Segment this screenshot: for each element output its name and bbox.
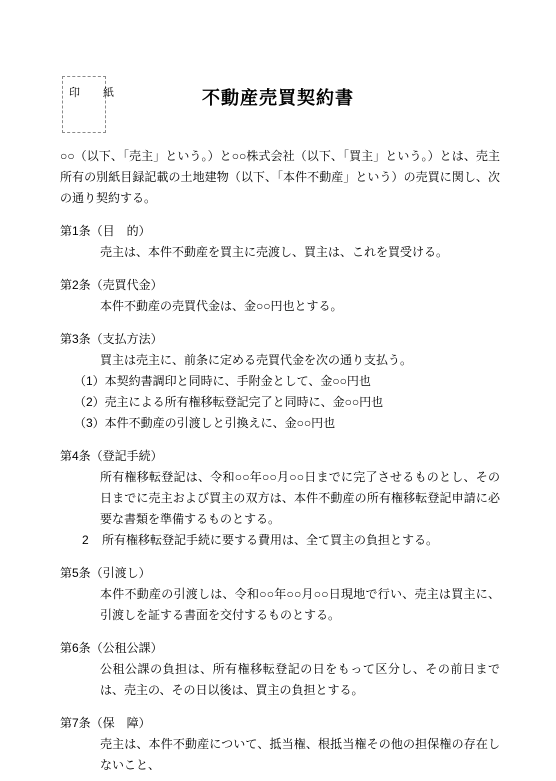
clause-number: 2 bbox=[82, 530, 102, 551]
clause-text: 所有権移転登記手続に要する費用は、全て買主の負担とする。 bbox=[102, 530, 500, 551]
article-1-heading: 第1条（目 的） bbox=[60, 221, 500, 242]
article-1: 第1条（目 的） 売主は、本件不動産を買主に売渡し、買主は、これを買受ける。 bbox=[60, 221, 500, 263]
article-1-paragraph: 売主は、本件不動産を買主に売渡し、買主は、これを買受ける。 bbox=[60, 242, 500, 263]
document-title: 不動産売買契約書 bbox=[0, 84, 556, 110]
article-3: 第3条（支払方法） 買主は売主に、前条に定める売買代金を次の通り支払う。 （1）… bbox=[60, 329, 500, 434]
article-7-heading: 第7条（保 障） bbox=[60, 713, 500, 734]
article-4-clause-2: 2 所有権移転登記手続に要する費用は、全て買主の負担とする。 bbox=[60, 530, 500, 551]
article-2: 第2条（売買代金） 本件不動産の売買代金は、金○○円也とする。 bbox=[60, 275, 500, 317]
article-5: 第5条（引渡し） 本件不動産の引渡しは、令和○○年○○月○○日現地で行い、売主は… bbox=[60, 563, 500, 626]
contract-document-page: 印 紙 不動産売買契約書 ○○（以下、「売主」という。）と○○株式会社（以下、「… bbox=[0, 0, 556, 781]
article-5-heading: 第5条（引渡し） bbox=[60, 563, 500, 584]
article-6-heading: 第6条（公租公課） bbox=[60, 638, 500, 659]
article-4: 第4条（登記手続） 所有権移転登記は、令和○○年○○月○○日までに完了させるもの… bbox=[60, 446, 500, 551]
article-3-heading: 第3条（支払方法） bbox=[60, 329, 500, 350]
article-3-payment-item-3: （3）本件不動産の引渡しと引換えに、金○○円也 bbox=[60, 413, 500, 434]
article-7-paragraph: 売主は、本件不動産について、抵当権、根抵当権その他の担保権の存在しないこと、 bbox=[60, 734, 500, 776]
article-6-paragraph: 公租公課の負担は、所有権移転登記の日をもって区分し、その前日までは、売主の、その… bbox=[60, 659, 500, 701]
article-7: 第7条（保 障） 売主は、本件不動産について、抵当権、根抵当権その他の担保権の存… bbox=[60, 713, 500, 776]
article-2-paragraph: 本件不動産の売買代金は、金○○円也とする。 bbox=[60, 296, 500, 317]
article-3-paragraph: 買主は売主に、前条に定める売買代金を次の通り支払う。 bbox=[60, 350, 500, 371]
article-5-paragraph: 本件不動産の引渡しは、令和○○年○○月○○日現地で行い、売主は買主に、引渡しを証… bbox=[60, 584, 500, 626]
document-body: ○○（以下、「売主」という。）と○○株式会社（以下、「買主」という。）とは、売主… bbox=[60, 146, 500, 781]
preamble-paragraph: ○○（以下、「売主」という。）と○○株式会社（以下、「買主」という。）とは、売主… bbox=[60, 146, 500, 209]
article-3-payment-item-1: （1）本契約書調印と同時に、手附金として、金○○円也 bbox=[60, 371, 500, 392]
article-6: 第6条（公租公課） 公租公課の負担は、所有権移転登記の日をもって区分し、その前日… bbox=[60, 638, 500, 701]
article-3-payment-item-2: （2）売主による所有権移転登記完了と同時に、金○○円也 bbox=[60, 392, 500, 413]
article-2-heading: 第2条（売買代金） bbox=[60, 275, 500, 296]
article-4-heading: 第4条（登記手続） bbox=[60, 446, 500, 467]
article-4-paragraph: 所有権移転登記は、令和○○年○○月○○日までに完了させるものとし、その日までに売… bbox=[60, 467, 500, 530]
